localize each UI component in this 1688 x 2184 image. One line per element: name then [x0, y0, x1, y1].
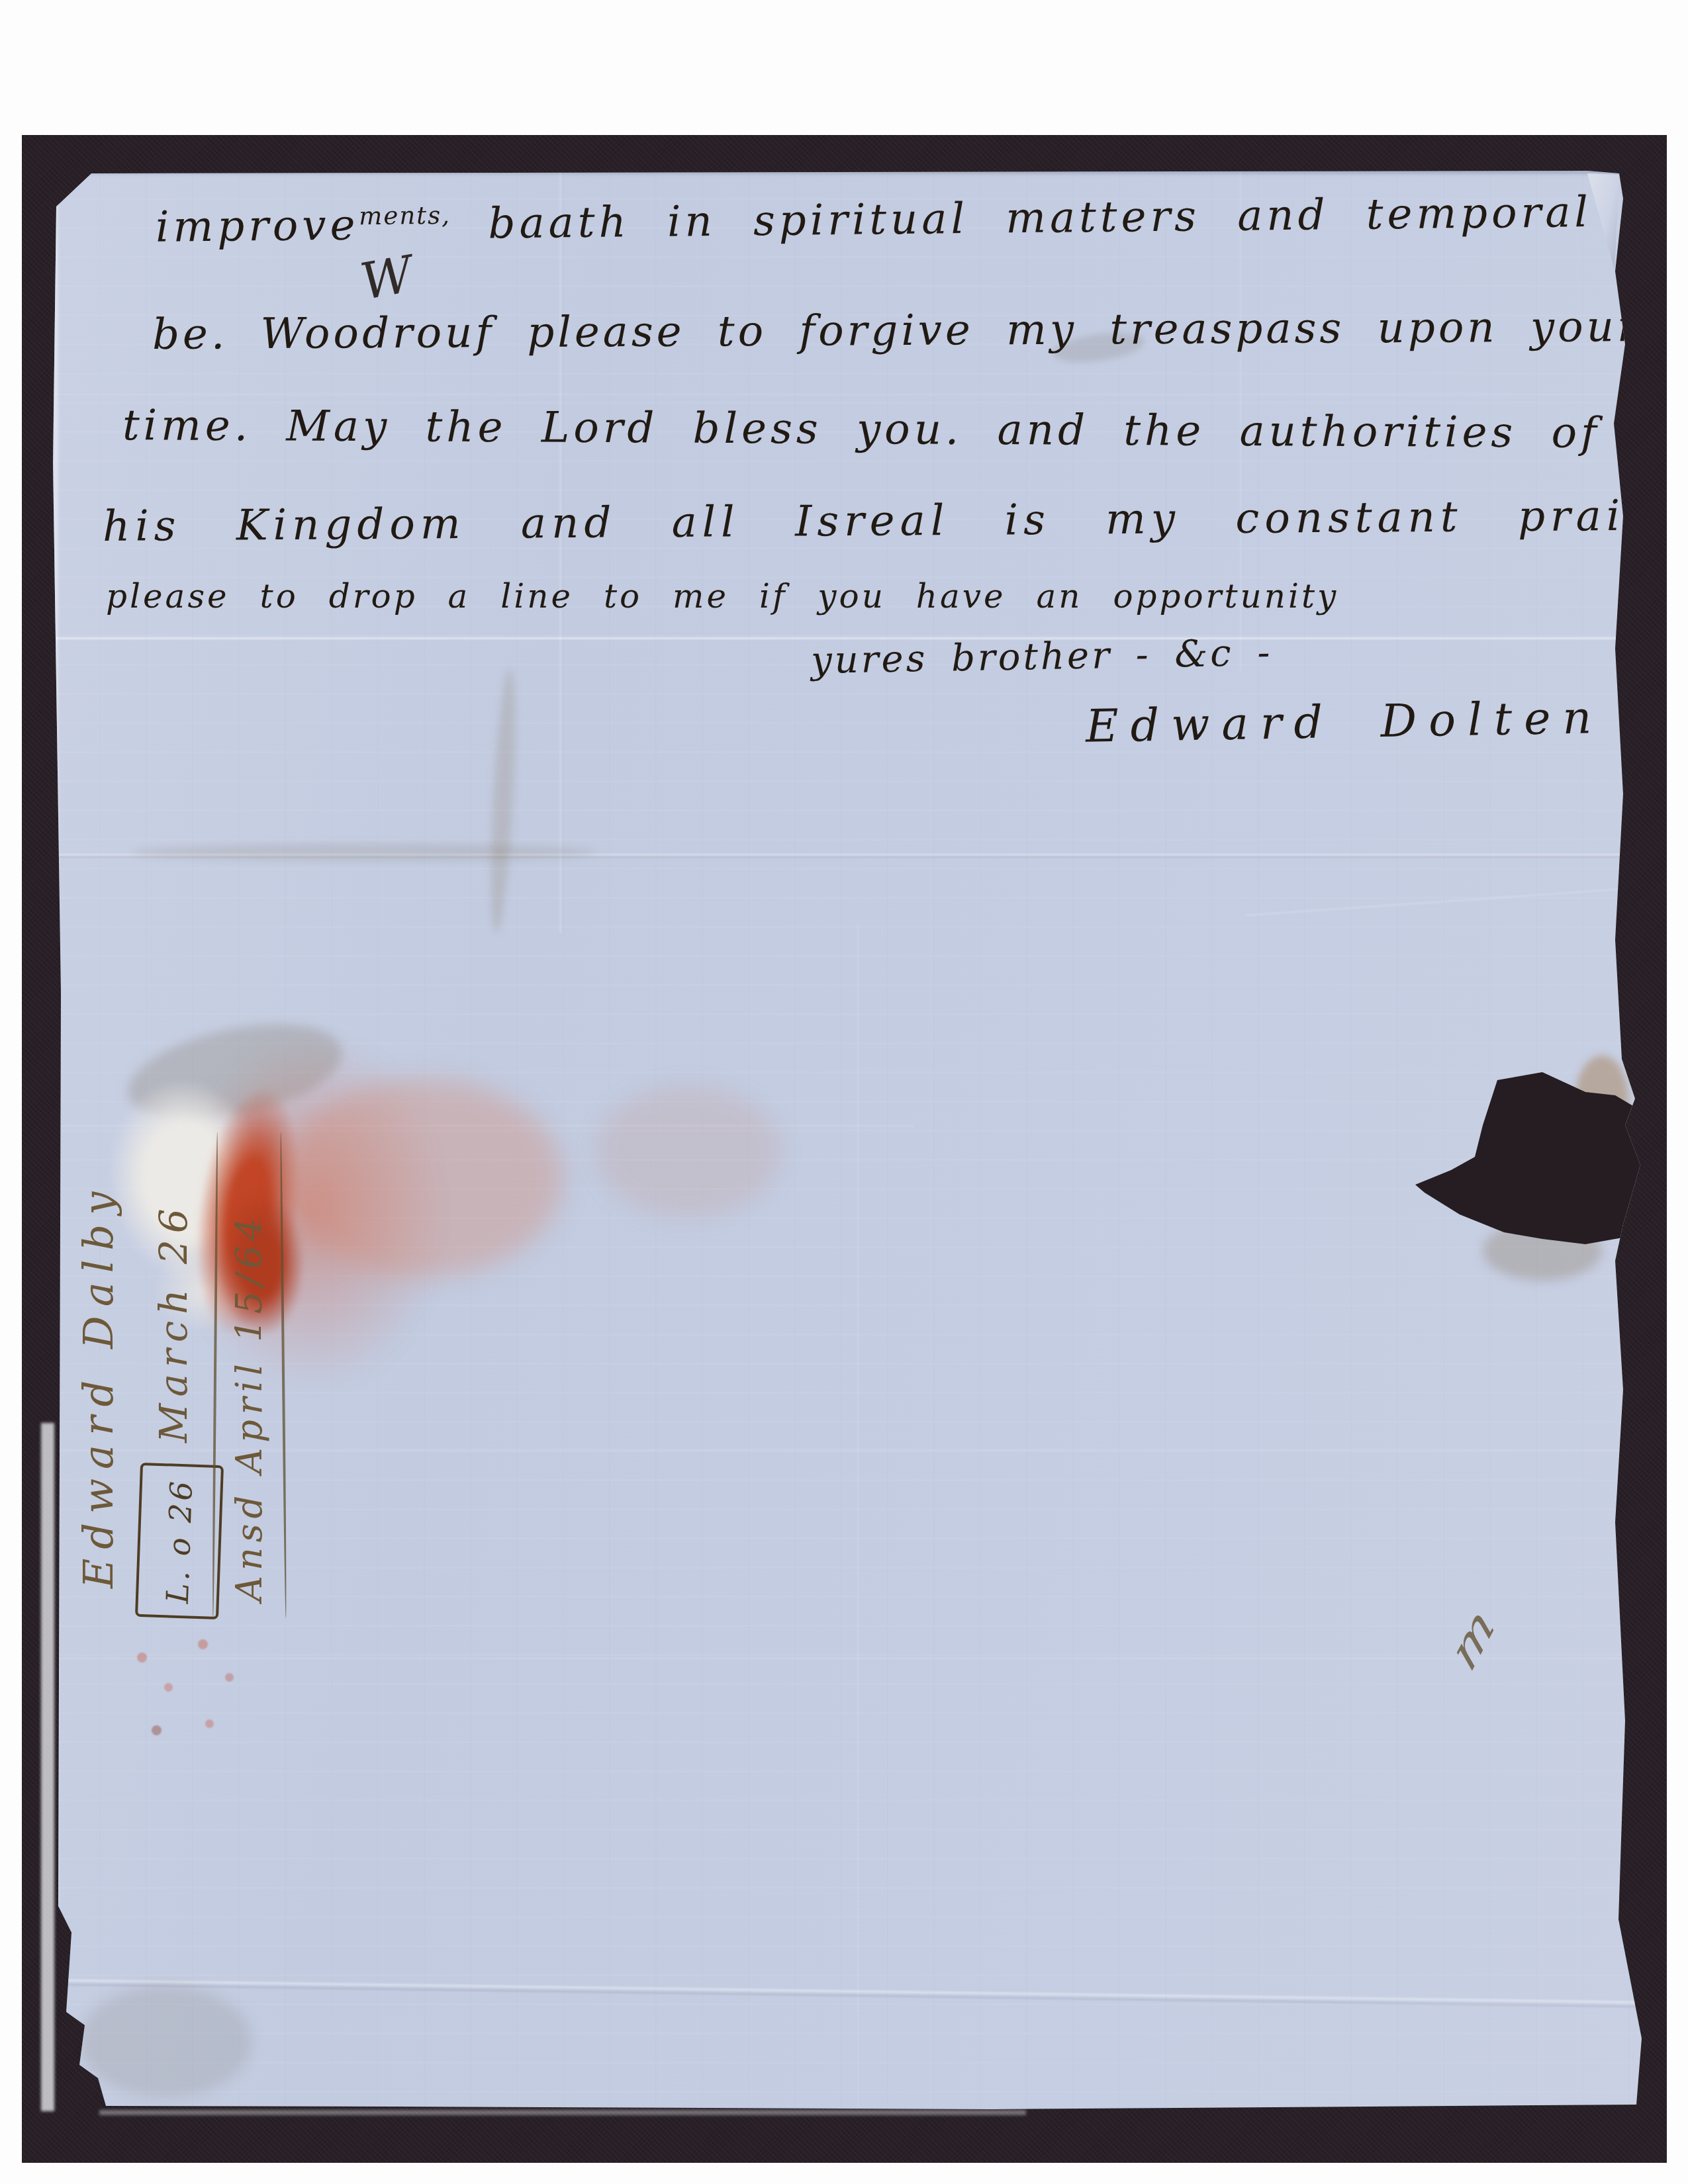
- crease-vertical-3: [857, 923, 859, 2108]
- left-edge-glare: [41, 1423, 54, 2111]
- crease-shadow-7: [53, 1983, 1655, 2008]
- letter-line-3: time. May the Lord bless you. and the au…: [122, 401, 1601, 458]
- paper-hole: [1410, 1066, 1643, 1248]
- ink-squiggle: m: [1443, 1596, 1503, 1683]
- insertion-mark: W: [356, 244, 417, 311]
- crease-diagonal-1: [1245, 886, 1655, 916]
- docket-flourish-line-2: [279, 1132, 287, 1618]
- bottom-left-wash: [79, 1985, 252, 2098]
- letter-line-4: his Kingdom and all Isreal is my constan…: [103, 490, 1688, 551]
- docket-date: March 26: [151, 1202, 196, 1443]
- crease-shadow-3: [53, 856, 1642, 858]
- letter-closing: yures brother - &c -: [810, 631, 1272, 682]
- crease-horizontal-7: [53, 1979, 1655, 2004]
- letter-line-1-superscript: ments,: [359, 201, 451, 230]
- letter-line-2: be. Woodrouf please to forgive my treasp…: [152, 302, 1641, 359]
- letter-line-1: improvements, baath in spiritual matters…: [156, 187, 1647, 252]
- faint-pink-stain: [596, 1085, 781, 1218]
- letter-signature: Edward Dolten: [1085, 692, 1603, 753]
- grey-smudge-stain: [119, 1007, 351, 1137]
- scan-background: improvements, baath in spiritual matters…: [0, 0, 1688, 2184]
- brown-streak-stain: [487, 668, 520, 933]
- crease-vertical-1: [559, 172, 561, 933]
- docket-name: Edward Dalby: [74, 1183, 122, 1588]
- letter-line-1-start: improve: [156, 201, 359, 252]
- docket-answered-note: Ansd April 15/64: [228, 1212, 270, 1602]
- crease-horizontal-6: [53, 1658, 1642, 1659]
- docket-file-box-label: L. o 26: [160, 1478, 200, 1604]
- letter-line-5: please to drop a line to me if you have …: [106, 577, 1338, 615]
- letter-line-1-rest: baath in spiritual matters and temporal …: [451, 187, 1647, 249]
- crease-smudge-stain: [132, 844, 596, 861]
- crease-horizontal-3: [53, 854, 1642, 856]
- docket-block: Edward Dalby L. o 26 March 26 Ansd April…: [73, 1125, 311, 1628]
- pink-wash-stain: [285, 1079, 563, 1277]
- bottom-edge-glare: [99, 2110, 1026, 2115]
- docket-file-box: L. o 26: [135, 1463, 224, 1619]
- letter-paper: improvements, baath in spiritual matters…: [53, 169, 1642, 2111]
- crease-horizontal-1: [53, 394, 1642, 395]
